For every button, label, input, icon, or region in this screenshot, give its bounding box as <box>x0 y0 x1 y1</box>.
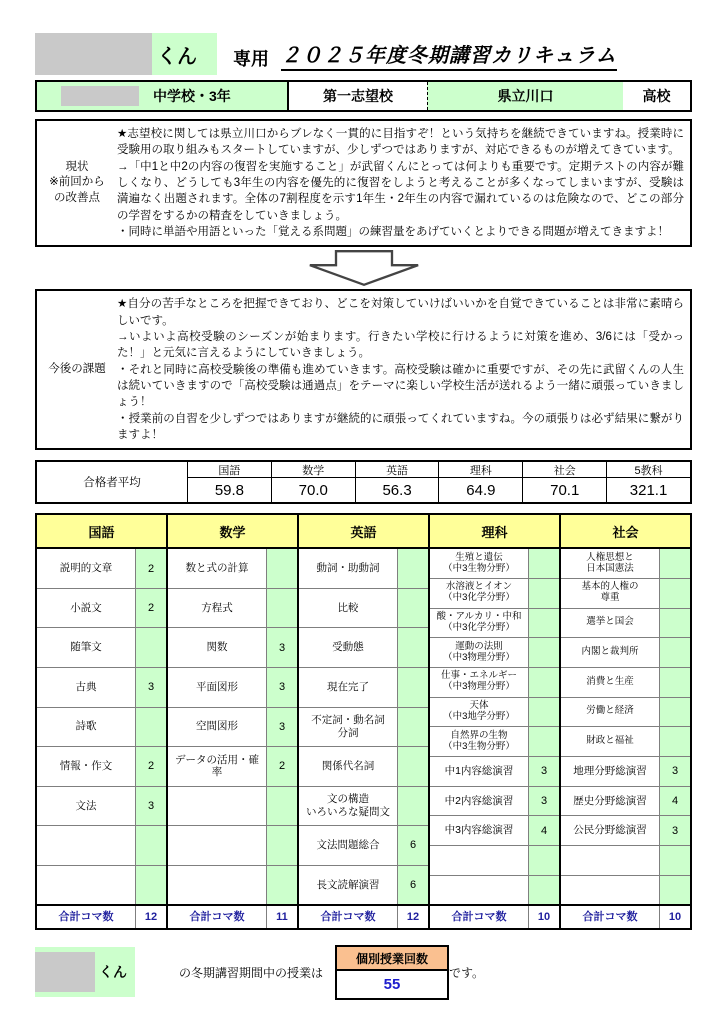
lesson-count-cell <box>659 549 690 578</box>
curriculum-row: 受動態 <box>299 628 428 668</box>
curriculum-row: 平面図形3 <box>168 668 297 708</box>
curriculum-row: 説明的文章2 <box>37 549 166 589</box>
curriculum-column: 理科生殖と遺伝 （中3生物分野）水溶液とイオン （中3化学分野）酸・アルカリ・中… <box>428 515 559 928</box>
total-count: 10 <box>659 906 690 928</box>
curriculum-row: 方程式 <box>168 589 297 629</box>
topic-cell: 人権思想と 日本国憲法 <box>561 549 659 578</box>
curriculum-row: 労働と経済 <box>561 698 690 728</box>
arrow-separator <box>35 247 692 289</box>
topic-cell: 水溶液とイオン （中3化学分野） <box>430 579 528 608</box>
passers-average-row-label: 合格者平均 <box>37 462 187 502</box>
topic-cell <box>168 826 266 865</box>
student-name-box: くん <box>35 33 217 75</box>
curriculum-row: 中2内容総演習3 <box>430 787 559 817</box>
scores-column: 英語56.3 <box>355 462 439 502</box>
curriculum-row: 文法問題総合6 <box>299 826 428 866</box>
comment-line: ★自分の苦手なところを把握できており、どこを対策していけばいいかを自覚できている… <box>117 296 684 329</box>
lesson-count-cell <box>266 866 297 905</box>
footer-student-name-box: くん <box>35 947 135 997</box>
current-status-box: 現状 ※前回から の改善点 ★志望校に関しては県立川口からブレなく一貫的に目指す… <box>35 119 692 247</box>
curriculum-row: 古典3 <box>37 668 166 708</box>
topic-cell: 方程式 <box>168 589 266 628</box>
lesson-count-cell <box>528 727 559 756</box>
curriculum-column: 数学数と式の計算方程式関数3平面図形3空間図形3データの活用・確率2合計コマ数1… <box>166 515 297 928</box>
curriculum-row: 中3内容総演習4 <box>430 816 559 846</box>
topic-cell: 仕事・エネルギー （中3物理分野） <box>430 668 528 697</box>
curriculum-row <box>37 866 166 905</box>
topic-cell: 詩歌 <box>37 708 135 747</box>
topic-cell: 地理分野総演習 <box>561 757 659 786</box>
lesson-count-cell: 3 <box>659 757 690 786</box>
lesson-count-cell <box>397 747 428 786</box>
passers-average-table: 合格者平均 国語59.8数学70.0英語56.3理科64.9社会70.15教科3… <box>35 460 692 504</box>
redacted-student-name <box>35 33 152 75</box>
lesson-count-cell <box>266 826 297 865</box>
topic-cell: 基本的人権の 尊重 <box>561 579 659 608</box>
curriculum-row <box>430 846 559 876</box>
topic-cell: 中1内容総演習 <box>430 757 528 786</box>
lesson-count-cell <box>528 638 559 667</box>
first-choice-label: 第一志望校 <box>323 86 393 106</box>
curriculum-rows: 説明的文章2小説文2随筆文古典3詩歌情報・作文2文法3 <box>37 549 166 904</box>
comment-line: ★志望校に関しては県立川口からブレなく一貫的に目指すぞ！という気持ちを継続できて… <box>117 126 684 159</box>
topic-cell: 平面図形 <box>168 668 266 707</box>
curriculum-row: 酸・アルカリ・中和 （中3化学分野） <box>430 609 559 639</box>
topic-cell: 労働と経済 <box>561 698 659 727</box>
lesson-count-cell <box>266 787 297 826</box>
scores-subject-label: 英語 <box>356 462 439 478</box>
future-tasks-label: 今後の課題 <box>37 291 117 448</box>
lesson-count-cell <box>266 549 297 588</box>
lesson-count-cell <box>659 846 690 875</box>
topic-cell: 財政と福祉 <box>561 727 659 756</box>
curriculum-row: 不定詞・動名詞 分詞 <box>299 708 428 748</box>
header: くん 専用 ２０２５年度冬期講習カリキュラム <box>35 33 692 75</box>
lesson-count-cell <box>397 628 428 667</box>
scores-column: 数学70.0 <box>271 462 355 502</box>
lesson-count-cell <box>528 846 559 875</box>
topic-cell: 自然界の生物 （中3生物分野） <box>430 727 528 756</box>
curriculum-rows: 人権思想と 日本国憲法基本的人権の 尊重選挙と国会内閣と裁判所消費と生産労働と経… <box>561 549 690 904</box>
curriculum-row: 中1内容総演習3 <box>430 757 559 787</box>
lesson-count-cell: 3 <box>528 757 559 786</box>
topic-cell: 歴史分野総演習 <box>561 787 659 816</box>
total-label: 合計コマ数 <box>168 906 266 928</box>
curriculum-rows: 生殖と遺伝 （中3生物分野）水溶液とイオン （中3化学分野）酸・アルカリ・中和 … <box>430 549 559 904</box>
curriculum-row: 自然界の生物 （中3生物分野） <box>430 727 559 757</box>
topic-cell: 現在完了 <box>299 668 397 707</box>
topic-cell: データの活用・確率 <box>168 747 266 786</box>
lesson-count-cell <box>397 668 428 707</box>
topic-cell: 受動態 <box>299 628 397 667</box>
curriculum-row: 歴史分野総演習4 <box>561 787 690 817</box>
down-arrow-icon <box>308 249 420 287</box>
curriculum-row: 仕事・エネルギー （中3物理分野） <box>430 668 559 698</box>
curriculum-row: 情報・作文2 <box>37 747 166 787</box>
topic-cell <box>37 826 135 865</box>
page-title: ２０２５年度冬期講習カリキュラム <box>281 39 617 71</box>
redacted-student-name <box>35 952 95 992</box>
school-grade-label: 中学校・3年 <box>153 86 231 106</box>
curriculum-row: 関係代名詞 <box>299 747 428 787</box>
lesson-count-cell <box>135 866 166 905</box>
curriculum-row: 文の構造 いろいろな疑問文 <box>299 787 428 827</box>
topic-cell: 情報・作文 <box>37 747 135 786</box>
curriculum-row <box>561 846 690 876</box>
school-type-cell: 高校 <box>623 82 690 110</box>
future-tasks-lines: ★自分の苦手なところを把握できており、どこを対策していけばいいかを自覚できている… <box>117 291 690 448</box>
curriculum-row: 詩歌 <box>37 708 166 748</box>
comment-line: ・それと同時に高校受験後の準備も進めていきます。高校受験は確かに重要ですが、その… <box>117 362 684 411</box>
scores-value: 64.9 <box>439 478 522 502</box>
lesson-count-cell: 3 <box>528 787 559 816</box>
topic-cell <box>430 846 528 875</box>
topic-cell: 内閣と裁判所 <box>561 638 659 667</box>
footer: くん の冬期講習期間中の授業は 個別授業回数 55 です。 <box>35 945 692 1000</box>
school-cell: 中学校・3年 <box>37 82 287 110</box>
curriculum-column: 国語説明的文章2小説文2随筆文古典3詩歌情報・作文2文法3合計コマ数12 <box>37 515 166 928</box>
lesson-count-cell <box>659 727 690 756</box>
curriculum-subject-header: 理科 <box>430 515 559 549</box>
scores-subject-label: 数学 <box>272 462 355 478</box>
curriculum-column: 社会人権思想と 日本国憲法基本的人権の 尊重選挙と国会内閣と裁判所消費と生産労働… <box>559 515 690 928</box>
topic-cell: 空間図形 <box>168 708 266 747</box>
curriculum-total-row: 合計コマ数12 <box>37 904 166 928</box>
total-count: 12 <box>397 906 428 928</box>
lesson-count-cell <box>659 579 690 608</box>
curriculum-row: 動詞・助動詞 <box>299 549 428 589</box>
scores-subject-label: 理科 <box>439 462 522 478</box>
curriculum-row: 財政と福祉 <box>561 727 690 757</box>
curriculum-row <box>168 826 297 866</box>
topic-cell: 酸・アルカリ・中和 （中3化学分野） <box>430 609 528 638</box>
topic-cell: 文の構造 いろいろな疑問文 <box>299 787 397 826</box>
redacted-school-name <box>61 86 139 106</box>
lesson-count-cell <box>528 698 559 727</box>
lesson-count-cell <box>659 609 690 638</box>
topic-cell <box>561 876 659 905</box>
lesson-count-cell <box>135 708 166 747</box>
lesson-count-box: 個別授業回数 55 <box>335 945 449 1000</box>
lesson-count-cell <box>528 579 559 608</box>
curriculum-subject-header: 社会 <box>561 515 690 549</box>
curriculum-rows: 動詞・助動詞比較受動態現在完了不定詞・動名詞 分詞関係代名詞文の構造 いろいろな… <box>299 549 428 904</box>
topic-cell: 生殖と遺伝 （中3生物分野） <box>430 549 528 578</box>
curriculum-row: 長文読解演習6 <box>299 866 428 905</box>
scores-value: 56.3 <box>356 478 439 502</box>
school-type-label: 高校 <box>643 86 671 106</box>
comment-line: ・同時に単語や用語といった「覚える系問題」の練習量をあげていくとよりできる問題が… <box>117 224 684 240</box>
lesson-count-cell: 3 <box>266 668 297 707</box>
lesson-count-cell <box>659 698 690 727</box>
curriculum-row: 小説文2 <box>37 589 166 629</box>
topic-cell: 随筆文 <box>37 628 135 667</box>
curriculum-row: 地理分野総演習3 <box>561 757 690 787</box>
topic-cell <box>561 846 659 875</box>
curriculum-row: 天体 （中3地学分野） <box>430 698 559 728</box>
curriculum-row: 運動の法則 （中3物理分野） <box>430 638 559 668</box>
lesson-count-cell: 3 <box>135 668 166 707</box>
lesson-count-cell <box>397 549 428 588</box>
topic-cell: 公民分野総演習 <box>561 816 659 845</box>
topic-cell: 比較 <box>299 589 397 628</box>
scores-columns: 国語59.8数学70.0英語56.3理科64.9社会70.15教科321.1 <box>187 462 690 502</box>
curriculum-total-row: 合計コマ数10 <box>430 904 559 928</box>
scores-subject-label: 国語 <box>188 462 271 478</box>
topic-cell <box>37 866 135 905</box>
lesson-count-cell: 3 <box>659 816 690 845</box>
total-label: 合計コマ数 <box>430 906 528 928</box>
total-label: 合計コマ数 <box>37 906 135 928</box>
lesson-count-cell <box>397 708 428 747</box>
topic-cell <box>168 866 266 905</box>
curriculum-row: 水溶液とイオン （中3化学分野） <box>430 579 559 609</box>
scores-value: 70.1 <box>523 478 606 502</box>
total-count: 12 <box>135 906 166 928</box>
current-status-label: 現状 ※前回から の改善点 <box>37 121 117 245</box>
curriculum-row: 随筆文 <box>37 628 166 668</box>
curriculum-row: 空間図形3 <box>168 708 297 748</box>
student-name-suffix: くん <box>99 962 127 982</box>
curriculum-row: 現在完了 <box>299 668 428 708</box>
comment-line: ・授業前の自習を少しずつではありますが継続的に頑張ってくれていますね。今の頑張り… <box>117 411 684 444</box>
topic-cell <box>430 876 528 905</box>
curriculum-subject-header: 国語 <box>37 515 166 549</box>
scores-value: 59.8 <box>188 478 271 502</box>
school-info-row: 中学校・3年 第一志望校 県立川口 高校 <box>35 80 692 112</box>
comment-line: →「中1と中2の内容の復習を実施すること」が武留くんにとっては何よりも重要です。… <box>117 159 684 224</box>
topic-cell <box>168 787 266 826</box>
topic-cell: 関係代名詞 <box>299 747 397 786</box>
scores-column: 国語59.8 <box>187 462 271 502</box>
total-count: 10 <box>528 906 559 928</box>
curriculum-sheet: くん 専用 ２０２５年度冬期講習カリキュラム 中学校・3年 第一志望校 県立川口… <box>0 0 724 1024</box>
lesson-count-cell: 4 <box>659 787 690 816</box>
curriculum-row <box>168 787 297 827</box>
lesson-count-cell <box>135 628 166 667</box>
lesson-count-cell <box>659 638 690 667</box>
curriculum-row: 内閣と裁判所 <box>561 638 690 668</box>
curriculum-total-row: 合計コマ数10 <box>561 904 690 928</box>
lesson-count-cell <box>528 668 559 697</box>
first-choice-school: 県立川口 <box>498 86 554 106</box>
curriculum-row: 数と式の計算 <box>168 549 297 589</box>
topic-cell: 小説文 <box>37 589 135 628</box>
scores-value: 321.1 <box>607 478 690 502</box>
first-choice-school-cell: 県立川口 <box>427 82 623 110</box>
topic-cell: 選挙と国会 <box>561 609 659 638</box>
lesson-count-cell: 3 <box>266 628 297 667</box>
lesson-count-cell <box>528 609 559 638</box>
curriculum-row <box>430 876 559 905</box>
curriculum-row <box>561 876 690 905</box>
scores-column: 理科64.9 <box>438 462 522 502</box>
lesson-count-cell <box>659 876 690 905</box>
lesson-count-cell <box>397 589 428 628</box>
lesson-count-cell: 2 <box>135 589 166 628</box>
topic-cell: 古典 <box>37 668 135 707</box>
scores-column: 社会70.1 <box>522 462 606 502</box>
curriculum-subject-header: 数学 <box>168 515 297 549</box>
lesson-count-cell: 3 <box>135 787 166 826</box>
curriculum-total-row: 合計コマ数11 <box>168 904 297 928</box>
scores-value: 70.0 <box>272 478 355 502</box>
scores-subject-label: 社会 <box>523 462 606 478</box>
curriculum-row <box>37 826 166 866</box>
total-label: 合計コマ数 <box>561 906 659 928</box>
curriculum-table: 国語説明的文章2小説文2随筆文古典3詩歌情報・作文2文法3合計コマ数12数学数と… <box>35 513 692 930</box>
lesson-count-cell <box>135 826 166 865</box>
topic-cell: 文法問題総合 <box>299 826 397 865</box>
curriculum-row: 生殖と遺伝 （中3生物分野） <box>430 549 559 579</box>
curriculum-total-row: 合計コマ数12 <box>299 904 428 928</box>
curriculum-row: 基本的人権の 尊重 <box>561 579 690 609</box>
footer-lead-text: の冬期講習期間中の授業は <box>179 964 323 981</box>
topic-cell: 文法 <box>37 787 135 826</box>
topic-cell: 長文読解演習 <box>299 866 397 905</box>
lesson-count-cell: 2 <box>135 747 166 786</box>
curriculum-row: 選挙と国会 <box>561 609 690 639</box>
curriculum-row <box>168 866 297 905</box>
footer-tail-text: です。 <box>449 964 484 981</box>
curriculum-column: 英語動詞・助動詞比較受動態現在完了不定詞・動名詞 分詞関係代名詞文の構造 いろい… <box>297 515 428 928</box>
comment-line: →いよいよ高校受験のシーズンが始まります。行きたい学校に行けるように対策を進め、… <box>117 329 684 362</box>
lesson-count-cell <box>528 876 559 905</box>
lesson-count-cell: 4 <box>528 816 559 845</box>
lesson-count-cell: 3 <box>266 708 297 747</box>
lesson-count-cell: 2 <box>135 549 166 588</box>
lesson-count-cell <box>659 668 690 697</box>
lesson-count-cell: 2 <box>266 747 297 786</box>
curriculum-row: 関数3 <box>168 628 297 668</box>
topic-cell: 数と式の計算 <box>168 549 266 588</box>
first-choice-label-cell: 第一志望校 <box>287 82 427 110</box>
total-label: 合計コマ数 <box>299 906 397 928</box>
student-name-suffix: くん <box>157 40 197 69</box>
total-count: 11 <box>266 906 297 928</box>
lesson-count-cell: 6 <box>397 826 428 865</box>
topic-cell: 関数 <box>168 628 266 667</box>
topic-cell: 説明的文章 <box>37 549 135 588</box>
dedication-label: 専用 <box>233 45 269 71</box>
lesson-count-value: 55 <box>337 971 447 998</box>
lesson-count-cell <box>528 549 559 578</box>
topic-cell: 運動の法則 （中3物理分野） <box>430 638 528 667</box>
scores-subject-label: 5教科 <box>607 462 690 478</box>
topic-cell: 消費と生産 <box>561 668 659 697</box>
curriculum-row: 文法3 <box>37 787 166 827</box>
topic-cell: 中2内容総演習 <box>430 787 528 816</box>
lesson-count-cell: 6 <box>397 866 428 905</box>
lesson-count-cell <box>266 589 297 628</box>
curriculum-row: 公民分野総演習3 <box>561 816 690 846</box>
topic-cell: 動詞・助動詞 <box>299 549 397 588</box>
topic-cell: 不定詞・動名詞 分詞 <box>299 708 397 747</box>
curriculum-row: 比較 <box>299 589 428 629</box>
curriculum-row: データの活用・確率2 <box>168 747 297 787</box>
lesson-count-cell <box>397 787 428 826</box>
scores-column: 5教科321.1 <box>606 462 690 502</box>
curriculum-rows: 数と式の計算方程式関数3平面図形3空間図形3データの活用・確率2 <box>168 549 297 904</box>
curriculum-row: 消費と生産 <box>561 668 690 698</box>
current-status-lines: ★志望校に関しては県立川口からブレなく一貫的に目指すぞ！という気持ちを継続できて… <box>117 121 690 245</box>
future-tasks-box: 今後の課題 ★自分の苦手なところを把握できており、どこを対策していけばいいかを自… <box>35 289 692 450</box>
topic-cell: 中3内容総演習 <box>430 816 528 845</box>
curriculum-subject-header: 英語 <box>299 515 428 549</box>
curriculum-row: 人権思想と 日本国憲法 <box>561 549 690 579</box>
lesson-count-label: 個別授業回数 <box>337 947 447 971</box>
topic-cell: 天体 （中3地学分野） <box>430 698 528 727</box>
